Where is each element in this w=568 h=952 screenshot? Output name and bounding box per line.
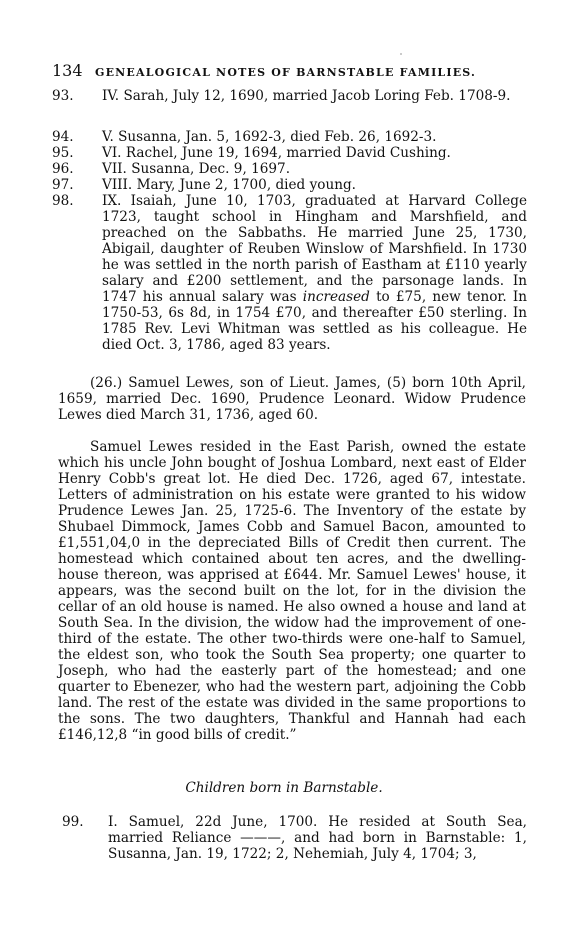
entry-text: I. Samuel, 22d June, 1700. He resided at…	[108, 814, 527, 862]
entry-95: 95. VI. Rachel, June 19, 1694, married D…	[52, 145, 527, 161]
entry-96: 96. VII. Susanna, Dec. 9, 1697.	[52, 161, 527, 177]
entry-number: 97.	[52, 177, 88, 193]
entry-93: 93. IV. Sarah, July 12, 1690, married Ja…	[52, 88, 527, 104]
book-page: 134 GENEALOGICAL NOTES OF BARNSTABLE FAM…	[0, 0, 568, 952]
entry-text: IX. Isaiah, June 10, 1703, graduated at …	[102, 193, 527, 353]
entry-text: VII. Susanna, Dec. 9, 1697.	[102, 161, 527, 177]
entry-text: IV. Sarah, July 12, 1690, married Jacob …	[102, 88, 527, 104]
entry-text-italic: increased	[303, 289, 370, 305]
entry-99: 99. I. Samuel, 22d June, 1700. He reside…	[62, 814, 527, 862]
entry-number: 98.	[52, 193, 88, 209]
paragraph-estate: Samuel Lewes resided in the East Parish,…	[58, 439, 526, 743]
section-caption: Children born in Barnstable.	[0, 780, 568, 796]
entry-text: V. Susanna, Jan. 5, 1692-3, died Feb. 26…	[102, 129, 527, 145]
entry-number: 94.	[52, 129, 88, 145]
running-header: 134 GENEALOGICAL NOTES OF BARNSTABLE FAM…	[52, 61, 522, 80]
entry-text: VIII. Mary, June 2, 1700, died young.	[102, 177, 527, 193]
paragraph-samuel-lewes-intro: (26.) Samuel Lewes, son of Lieut. James,…	[58, 375, 526, 423]
entry-number: 96.	[52, 161, 88, 177]
entry-97: 97. VIII. Mary, June 2, 1700, died young…	[52, 177, 527, 193]
entry-98: 98. IX. Isaiah, June 10, 1703, graduated…	[52, 193, 527, 353]
entry-text: VI. Rachel, June 19, 1694, married David…	[102, 145, 527, 161]
page-number: 134	[52, 61, 83, 80]
running-title: GENEALOGICAL NOTES OF BARNSTABLE FAMILIE…	[95, 66, 476, 79]
entry-number: 93.	[52, 88, 88, 104]
entry-number: 99.	[62, 814, 98, 830]
entry-94: 94. V. Susanna, Jan. 5, 1692-3, died Feb…	[52, 129, 527, 145]
entry-number: 95.	[52, 145, 88, 161]
scan-speck	[400, 53, 402, 55]
